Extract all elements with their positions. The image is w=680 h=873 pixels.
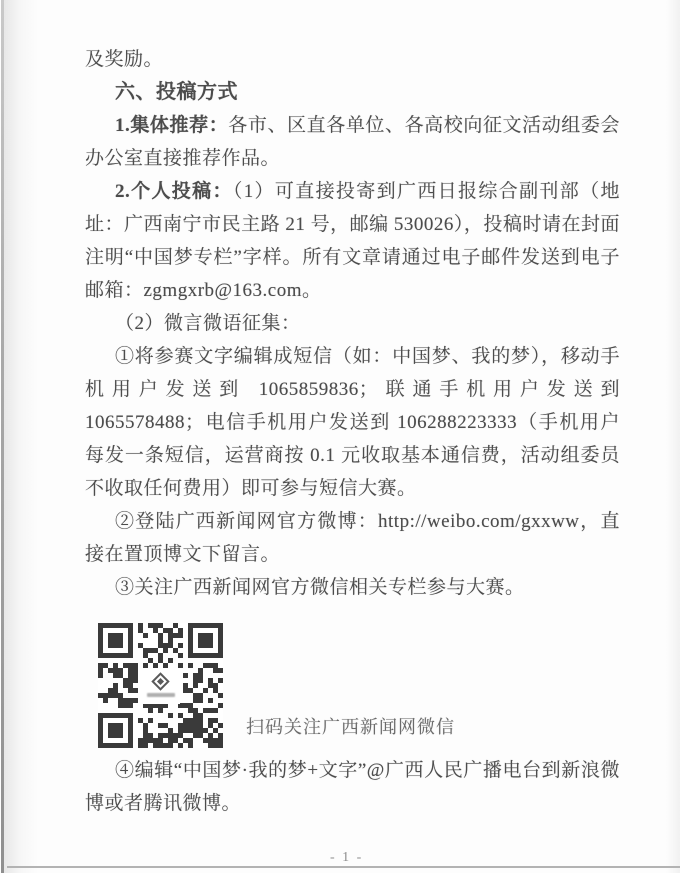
qr-caption: 扫码关注广西新闻网微信 bbox=[246, 711, 455, 744]
paragraph-item2: 2.个人投稿：（1）可直接投寄到广西日报综合副刊部（地址：广西南宁市民主路 21… bbox=[85, 175, 620, 307]
scan-left-shadow-band bbox=[4, 0, 38, 873]
qr-code bbox=[98, 623, 223, 748]
paragraph-bullet1: ①将参赛文字编辑成短信（如：中国梦、我的梦），移动手机用户发送到 1065859… bbox=[85, 340, 620, 505]
qr-center-logo bbox=[142, 668, 180, 704]
scan-right-shadow-band bbox=[666, 0, 680, 873]
item1-lead: 1.集体推荐： bbox=[115, 115, 228, 136]
section-heading: 六、投稿方式 bbox=[85, 76, 620, 109]
page-number: - 1 - bbox=[330, 850, 363, 866]
paragraph-item1: 1.集体推荐：各市、区直各单位、各高校向征文活动组委会办公室直接推荐作品。 bbox=[85, 109, 620, 175]
paragraph-bullet2: ②登陆广西新闻网官方微博：http://weibo.com/gxxww，直接在置… bbox=[85, 505, 620, 571]
scan-bottom-rule bbox=[7, 866, 680, 868]
qr-section: 扫码关注广西新闻网微信 bbox=[85, 623, 620, 748]
diamond-logo-icon bbox=[151, 672, 169, 690]
item2-lead: 2.个人投稿： bbox=[115, 181, 233, 202]
paragraph-bullet3: ③关注广西新闻网官方微信相关专栏参与大赛。 bbox=[85, 571, 620, 604]
paragraph-bullet4: ④编辑“中国梦·我的梦+文字”@广西人民广播电台到新浪微博或者腾讯微博。 bbox=[85, 754, 620, 820]
document-body: 及奖励。 六、投稿方式 1.集体推荐：各市、区直各单位、各高校向征文活动组委会办… bbox=[85, 43, 620, 820]
paragraph-item2-sub-heading: （2）微言微语征集： bbox=[85, 307, 620, 340]
diamond-logo-inner bbox=[157, 677, 164, 684]
qr-logo-blurred-text bbox=[147, 693, 175, 697]
paragraph-tail: 及奖励。 bbox=[85, 43, 620, 76]
